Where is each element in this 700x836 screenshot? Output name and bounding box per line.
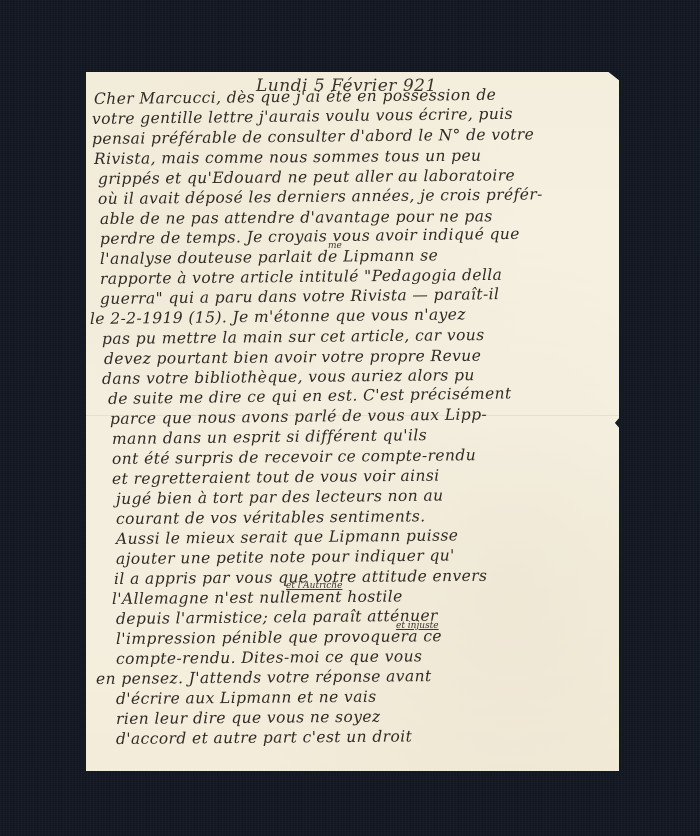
letter-line: pas pu mettre la main sur cet article, c…	[102, 326, 485, 348]
letter-line: l'impression pénible que provoquera ce	[116, 627, 442, 648]
letter-line: perdre de temps. Je croyais vous avoir i…	[100, 225, 520, 248]
letter-line: le 2-2-1919 (15). Je m'étonne que vous n…	[90, 305, 466, 328]
interlinear-insert: et l'Autriche	[286, 581, 342, 591]
letter-line: grippés et qu'Edouard ne peut aller au l…	[98, 166, 515, 188]
letter-line: devez pourtant bien avoir votre propre R…	[104, 347, 481, 368]
letter-line: guerra" qui a paru dans votre Rivista — …	[100, 285, 500, 308]
letter-line: votre gentille lettre j'aurais voulu vou…	[92, 105, 513, 128]
letter-line: Aussi le mieux serait que Lipmann puisse	[116, 526, 459, 548]
letter-line: able de ne pas attendre d'avantage pour …	[100, 207, 493, 228]
interlinear-insert: me	[328, 241, 342, 251]
letter-line: ont été surpris de recevoir ce compte-re…	[112, 446, 476, 468]
letter-line: ajouter une petite note pour indiquer qu…	[116, 546, 455, 568]
letter-line: jugé bien à tort par des lecteurs non au	[116, 487, 444, 508]
letter-line: l'analyse douteuse parlait de Lipmann se	[100, 246, 438, 268]
interlinear-insert: et injuste	[396, 621, 439, 631]
letter-line: Rivista, mais comme nous sommes tous un …	[94, 147, 482, 168]
letter-line: en pensez. J'attends votre réponse avant	[96, 667, 432, 688]
letter-line: mann dans un esprit si différent qu'ils	[112, 426, 427, 448]
letter-line: d'accord et autre part c'est un droit	[116, 727, 412, 748]
letter-line: courant de vos véritables sentiments.	[116, 507, 426, 528]
letter-page: Lundi 5 Février 921 Cher Marcucci, dès q…	[86, 72, 619, 771]
letter-line: Cher Marcucci, dès que j'ai été en posse…	[94, 86, 496, 108]
letter-line: parce que nous avons parlé de vous aux L…	[110, 405, 487, 428]
letter-line: compte-rendu. Dites-moi ce que vous	[116, 647, 422, 668]
letter-line: pensai préférable de consulter d'abord l…	[92, 125, 534, 148]
letter-line: rapporte à votre article intitulé "Pedag…	[100, 266, 502, 288]
letter-line: d'écrire aux Lipmann et ne vais	[116, 688, 377, 708]
letter-line: depuis l'armistice; cela paraît atténuer	[116, 607, 438, 628]
letter-line: et regretteraient tout de vous voir ains…	[112, 467, 440, 488]
letter-line: où il avait déposé les derniers années, …	[98, 185, 543, 208]
letter-line: de suite me dire ce qui en est. C'est pr…	[108, 384, 512, 408]
letter-line: rien leur dire que vous ne soyez	[116, 708, 381, 728]
letter-line: l'Allemagne n'est nullement hostile	[112, 587, 403, 608]
